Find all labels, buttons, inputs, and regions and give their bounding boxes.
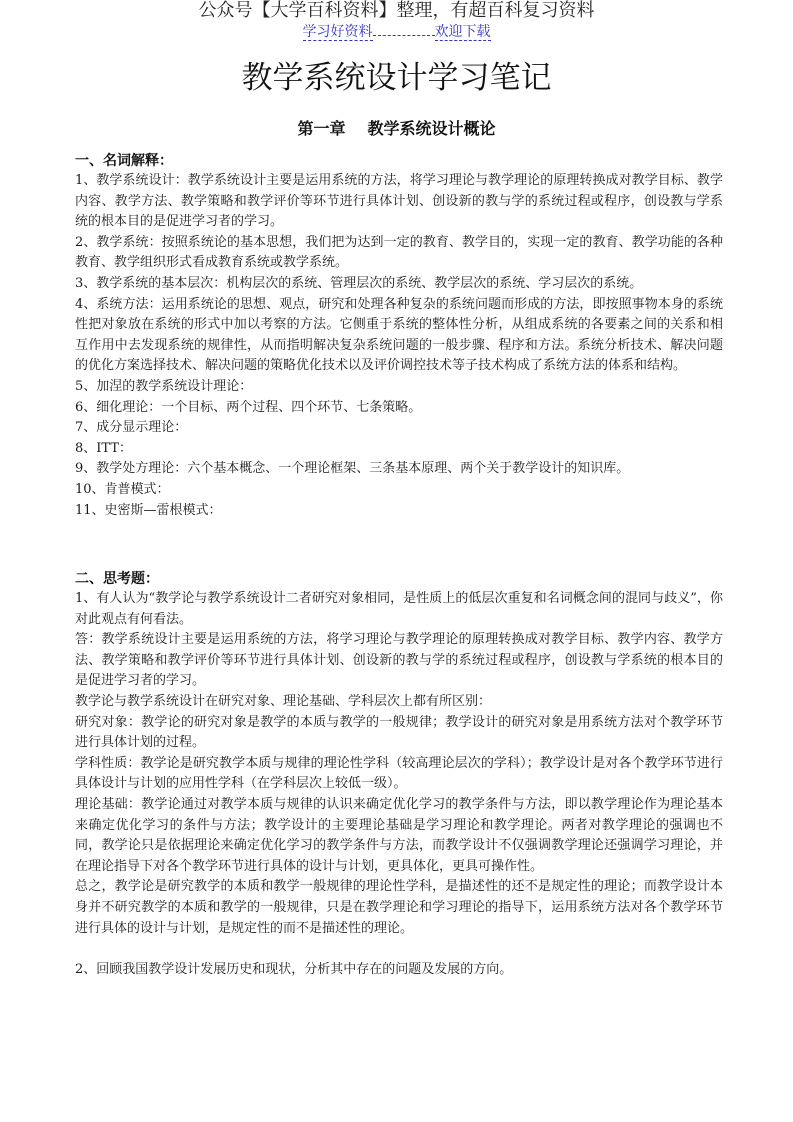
watermark-header: 公众号【大学百科资料】整理，有超百科复习资料 (0, 0, 793, 22)
definition-item: 4、系统方法：运用系统论的思想、观点，研究和处理各种复杂的系统问题而形成的方法，… (75, 295, 723, 377)
chapter-name: 教学系统设计概论 (368, 119, 496, 138)
answer-paragraph: 答：教学系统设计主要是运用系统的方法，将学习理论与教学理论的原理转换成对教学目标… (75, 630, 723, 692)
question-paragraph: 1、有人认为“教学论与教学系统设计二者研究对象相同，是性质上的低层次重复和名词概… (75, 589, 723, 630)
download-banner: 学习好资料欢迎下载 (0, 21, 793, 41)
definition-item: 2、教学系统：按照系统论的基本思想，我们把为达到一定的教育、教学目的，实现一定的… (75, 233, 723, 274)
dashed-spacer (373, 21, 435, 36)
definition-item: 8、ITT： (75, 439, 723, 460)
blank-line (75, 939, 723, 960)
answer-paragraph: 教学论与教学系统设计在研究对象、理论基础、学科层次上都有所区别： (75, 692, 723, 713)
definition-item: 6、细化理论：一个目标、两个过程、四个环节、七条策略。 (75, 398, 723, 419)
answer-paragraph: 总之，教学论是研究教学的本质和教学一般规律的理论性学科，是描述性的还不是规定性的… (75, 877, 723, 939)
link-study-materials[interactable]: 学习好资料 (303, 24, 373, 41)
section-definitions: 一、名词解释： 1、教学系统设计：教学系统设计主要是运用系统的方法，将学习理论与… (75, 151, 723, 521)
chapter-title: 第一章教学系统设计概论 (0, 118, 793, 140)
definition-item: 5、加涅的教学系统设计理论： (75, 377, 723, 398)
chapter-number: 第一章 (297, 119, 345, 138)
question-paragraph: 2、回顾我国教学设计发展历史和现状，分析其中存在的问题及发展的方向。 (75, 960, 723, 981)
section-heading: 一、名词解释： (75, 151, 723, 171)
section-questions: 二、思考题： 1、有人认为“教学论与教学系统设计二者研究对象相同，是性质上的低层… (75, 569, 723, 980)
definition-item: 3、教学系统的基本层次：机构层次的系统、管理层次的系统、教学层次的系统、学习层次… (75, 274, 723, 295)
answer-paragraph: 研究对象：教学论的研究对象是教学的本质与教学的一般规律；教学设计的研究对象是用系… (75, 713, 723, 754)
definition-item: 11、史密斯—雷根模式： (75, 501, 723, 522)
document-title: 教学系统设计学习笔记 (0, 58, 793, 98)
section-heading: 二、思考题： (75, 569, 723, 589)
definition-item: 1、教学系统设计：教学系统设计主要是运用系统的方法，将学习理论与教学理论的原理转… (75, 171, 723, 233)
definition-item: 7、成分显示理论： (75, 418, 723, 439)
definition-item: 9、教学处方理论：六个基本概念、一个理论框架、三条基本原理、两个关于教学设计的知… (75, 459, 723, 480)
answer-paragraph: 学科性质：教学论是研究教学本质与规律的理论性学科（较高理论层次的学科）；教学设计… (75, 754, 723, 795)
link-welcome-download[interactable]: 欢迎下载 (435, 24, 491, 41)
answer-paragraph: 理论基础：教学论通过对教学本质与规律的认识来确定优化学习的教学条件与方法，即以教… (75, 795, 723, 877)
definition-item: 10、肯普模式： (75, 480, 723, 501)
